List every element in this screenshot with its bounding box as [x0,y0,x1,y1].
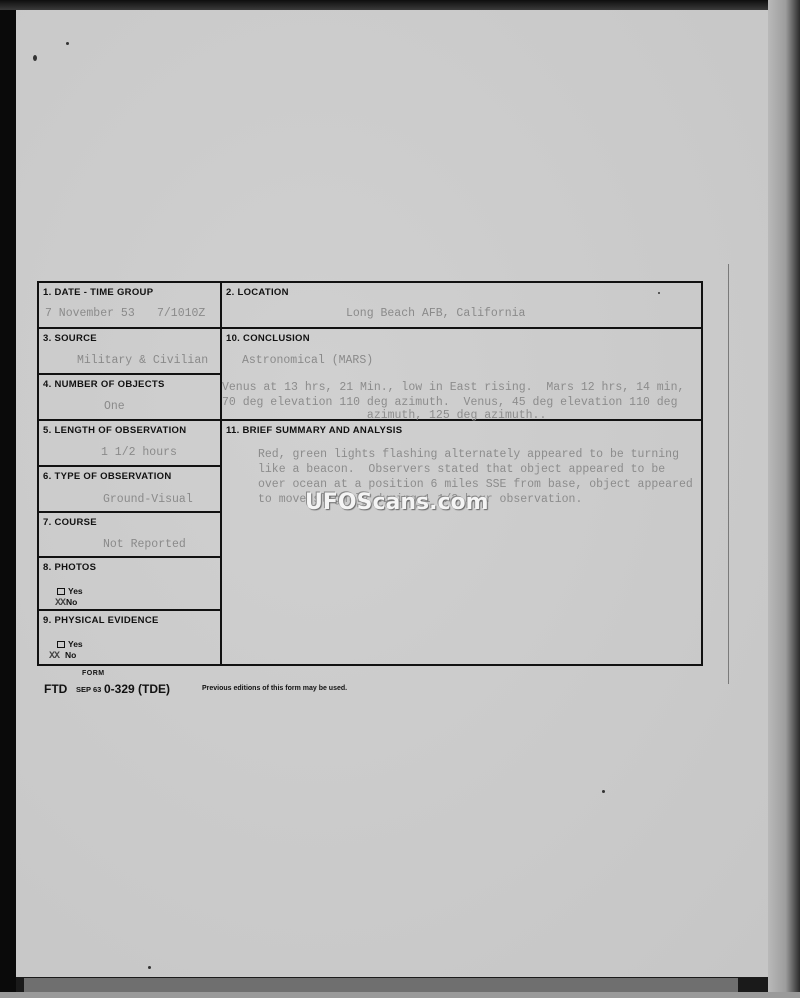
physical-evidence-no-label: No [65,650,76,660]
source-label: 3. SOURCE [43,333,97,344]
footer-form-number: 0-329 (TDE) [104,682,170,696]
scan-top-edge [0,0,800,10]
photos-no-option[interactable]: XXNo [55,597,77,609]
field-type-of-observation: 6. TYPE OF OBSERVATION Ground-Visual [39,467,222,513]
conclusion-note-line: azimuth, 125 deg azimuth.. [222,408,732,423]
summary-line: like a beacon. Observers stated that obj… [258,462,728,477]
type-of-observation-value: Ground-Visual [103,493,193,506]
dust-speck [148,966,151,969]
conclusion-notes: Venus at 13 hrs, 21 Min., low in East ri… [222,380,732,423]
photos-yes-option[interactable]: Yes [57,586,83,596]
number-of-objects-label: 4. NUMBER OF OBJECTS [43,379,165,390]
field-photos: 8. PHOTOS Yes XXNo [39,558,222,611]
field-physical-evidence: 9. PHYSICAL EVIDENCE Yes XXNo [39,611,222,664]
conclusion-value: Astronomical (MARS) [242,354,373,367]
physical-evidence-no-option[interactable]: XXNo [49,650,76,662]
physical-evidence-yes-label: Yes [68,639,83,649]
brief-summary-label: 11. BRIEF SUMMARY AND ANALYSIS [226,425,402,436]
checkbox-empty-icon [57,641,65,648]
scan-bottom-band [24,978,738,992]
time-value: 7/1010Z [157,307,205,320]
footer-form-word: FORM [82,670,105,677]
field-date-time-group: 1. DATE - TIME GROUP 7 November 53 7/101… [39,283,222,329]
checkbox-x-mark-icon: XX [49,651,59,662]
location-value: Long Beach AFB, California [346,307,525,320]
field-number-of-objects: 4. NUMBER OF OBJECTS One [39,375,222,421]
photos-no-label: No [66,597,77,607]
field-course: 7. COURSE Not Reported [39,513,222,558]
field-length-of-observation: 5. LENGTH OF OBSERVATION 1 1/2 hours [39,421,222,467]
checkbox-empty-icon [57,588,65,595]
length-of-observation-value: 1 1/2 hours [101,446,177,459]
course-value: Not Reported [103,538,186,551]
field-source: 3. SOURCE Military & Civilian [39,329,222,375]
photos-label: 8. PHOTOS [43,562,96,573]
type-of-observation-label: 6. TYPE OF OBSERVATION [43,471,172,482]
course-label: 7. COURSE [43,517,97,528]
checkbox-x-mark-icon: XX [55,598,65,609]
field-location: 2. LOCATION Long Beach AFB, California [222,283,701,329]
length-of-observation-label: 5. LENGTH OF OBSERVATION [43,425,186,436]
scan-left-edge [0,0,16,998]
dust-speck [33,55,37,61]
physical-evidence-yes-option[interactable]: Yes [57,639,83,649]
number-of-objects-value: One [104,400,125,413]
footer-notice: Previous editions of this form may be us… [202,685,347,692]
watermark: UFOScans.com [305,490,489,515]
conclusion-label: 10. CONCLUSION [226,333,310,344]
scan-bottom-strip [0,992,800,998]
date-time-group-label: 1. DATE - TIME GROUP [43,287,153,298]
dust-speck [602,790,605,793]
source-value: Military & Civilian [77,354,208,367]
date-value: 7 November 53 [45,307,135,320]
physical-evidence-label: 9. PHYSICAL EVIDENCE [43,615,159,626]
footer-ftd: FTD [44,682,67,696]
footer-date: SEP 63 [76,685,101,694]
page-fold-line [728,264,729,684]
scan-right-shadow [768,0,800,998]
photos-yes-label: Yes [68,586,83,596]
dust-speck [66,42,69,45]
summary-line: Red, green lights flashing alternately a… [258,447,728,462]
location-label: 2. LOCATION [226,287,289,298]
conclusion-note-line: Venus at 13 hrs, 21 Min., low in East ri… [222,380,732,395]
